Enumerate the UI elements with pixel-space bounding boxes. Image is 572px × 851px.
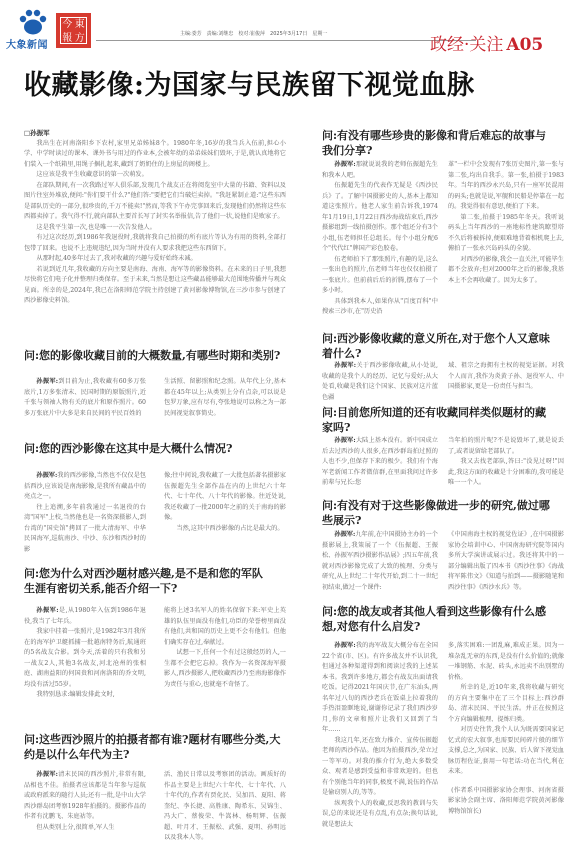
question-heading: 问:西沙影像收藏的意义所在,对于您个人又意味着什么? [322, 331, 552, 361]
answer-column-right: 多,落实困难:一团乱麻,难成正果。因为一堆杂乱无章的东西,是没有什么价值的;就像… [448, 641, 564, 817]
question-heading: 问:您的西沙影像在这其中是大概什么情况? [24, 441, 286, 456]
answer-column-left: 孙振军:清末民国的西沙照片,非常有限,品相也不佳。拍摄者应该都是当年参与巡航或政… [24, 770, 146, 833]
speaker-label: 孙振军: [334, 437, 355, 444]
paragraph: 孙振军:到目前为止,我收藏有60多万张底片,1万多张清末、民国时期的原版照片,近… [24, 377, 146, 419]
answer-column-left: 孙振军:我的西沙影像,当然也不仅仅是包括西沙,应该说是南海影像,是我所有藏品中的… [24, 471, 146, 555]
seal-char: 東 [74, 18, 87, 32]
paragraph: 孙振军:那就说说我的老师伍振超先生和我本人吧。 [322, 160, 438, 181]
paragraph: 具体到我本人,如果你从"百度百科"中搜索三沙市,在"历史沿 [322, 297, 438, 318]
paragraph: 从那时起,40多年过去了,我对收藏的兴趣与爱好始终未减。 [24, 254, 286, 265]
question-heading: 问:有没有对于这些影像做进一步的研究,做过哪些展示? [322, 498, 552, 528]
paragraph: 孙振军:我的海军战友大概分布在全国22个省(市、区)。有许多战友并不认识我,但通… [322, 641, 438, 736]
paragraph: 多,落实困难:一团乱麻,难成正果。因为一堆杂乱无章的东西,是没有什么价值的;就像… [448, 641, 564, 683]
paragraph: 对西沙的影像,我会一直关注,可能毕生都不会放弃;但对2000年之后的影像,我基本… [448, 255, 564, 287]
question-heading: 问:目前您所知道的还有收藏同样类似题材的藏家吗? [322, 405, 552, 435]
paragraph: 孙振军:关于西沙影像收藏,从小处说,收藏的是我个人的经历、记忆与爱好;从大处看,… [322, 361, 438, 403]
author-note: (作者系中国摄影家协会理事、河南省摄影家协会副主席、洛阳师范学院黄河影像博物馆馆… [448, 786, 564, 818]
paragraph: 《中国南海主权的视觉佐证》,在中国摄影家协会培训中心、中国南海研究院等国内多所大… [448, 530, 564, 593]
paragraph: 我又去找老部队,答曰:"没见过呀!"因此,我这方面的收藏是十分困难的,我可能是唯… [448, 457, 564, 489]
header-rule-divider [96, 40, 476, 41]
question-heading: 问:您的战友或者其他人看到这些影像有什么感想,对您有什么启发? [322, 604, 552, 634]
page-number: A05 [506, 35, 543, 55]
seal-char: 今 [61, 18, 74, 32]
answer-column-right: 革"一栏中会发现有7张历史图片,第一张与第二张,均出自我手。第一张,拍摄于198… [448, 160, 564, 286]
paragraph: 革"一栏中会发现有7张历史图片,第一张与第二张,均出自我手。第一张,拍摄于198… [448, 160, 564, 213]
byline: □孙振军 [24, 128, 286, 139]
paragraph: 有过这次经历,到1986年我退役时,我就将我自己拍摄的所有底片等认为有用的资料,… [24, 233, 286, 254]
paragraph: 孙振军:是,从1980年入伍到1986年退役,我当了七年兵。 [24, 606, 146, 627]
answer-text: 九年前,在中国摄协主办的一个摄影展上,我策展了一个《伍振超、王振松、孙振军西沙摄… [322, 531, 438, 591]
article-intro: □孙振军 我出生在河南洛阳乡下农村,家里兄弟姊妹8个。1980年冬,16岁的我当… [24, 128, 286, 307]
editor-and-date-meta: 主编:娄芳 责编:刘继忠 校对:崔俊萍 2025年3月17日 星期一 [180, 30, 327, 37]
paragraph: 往上追溯,多年前我通过一名退役的台湾"国军"上校,当然他也是一名资深摄影人,到台… [24, 503, 146, 556]
seal-char: 方 [74, 32, 87, 46]
paragraph: 孙振军:我的西沙影像,当然也不仅仅是包括西沙,应该说是南海影像,是我所有藏品中的… [24, 471, 146, 503]
brand-name: 大象新闻 [6, 36, 48, 51]
question-heading: 问:有没有哪些珍贵的影像和背后难忘的故事与我们分享? [322, 128, 552, 158]
speaker-label: 孙振军: [334, 362, 356, 369]
paragraph: 当然,这其中西沙影像的占比是最大的。 [164, 524, 286, 535]
paragraph: 我家中挂着一张照片,是1982年3月我所在的海军护卫艇抓捕一批越南特务后,航通班… [24, 627, 146, 690]
brand-paw-logo-icon [18, 8, 48, 36]
paragraph: 当年拍的照片呢?不是说毁坏了,就是说丢了,或者说留给老部队了。 [448, 436, 564, 457]
paragraph: 但从类别上分,很简单,军人生 [24, 823, 146, 834]
paragraph: 伍老师拍下了那张照片,有趣的是,这么一张出色的照片,伍老师当年也仅仅拍摄了一张底… [322, 255, 438, 297]
question-heading: 问:您的影像收藏目前的大概数量,有哪些时期和类别? [24, 348, 286, 363]
paragraph: 能将上述3名军人的姓名保留下来:军史上英雄的队伍里面没有他们,功臣的荣誉榜里面没… [164, 606, 286, 648]
paragraph: 在部队期间,有一次我路过军人俱乐部,发现几个战友正在将阅览室中大量的书籍、资料以… [24, 181, 286, 223]
answer-column-left: 孙振军:那就说说我的老师伍振超先生和我本人吧。 伍振超先生的代表作无疑是《西沙民… [322, 160, 438, 318]
answer-column-left: 孙振军:大陆上基本没有。新中国成立后去过西沙的人很多,在西沙群岛拍过照的人也不少… [322, 436, 438, 489]
paragraph: 域、祖宗之海拥有主权的视觉证据。对我个人而言,我作为炎黄子孙、退役军人、中国摄影… [448, 361, 564, 393]
paragraph: 我特别恳求:编辑发排此文时, [24, 690, 146, 701]
speaker-label: 孙振军: [334, 642, 355, 649]
answer-column-right: 像;往中间说,我收藏了一大批包括著名摄影家伍振超先生全部作品在内的上世纪六十年代… [164, 471, 286, 534]
paragraph: 伍振超先生的代表作无疑是《西沙民兵》了。了解中国摄影史的人,基本上都知道这张照片… [322, 181, 438, 255]
paragraph: 像;往中间说,我收藏了一大批包括著名摄影家伍振超先生全部作品在内的上世纪六十年代… [164, 471, 286, 524]
answer-column-left: 孙振军:关于西沙影像收藏,从小处说,收藏的是我个人的经历、记忆与爱好;从大处看,… [322, 361, 438, 403]
paragraph: 我出生在河南洛阳乡下农村,家里兄弟姊妹8个。1980年冬,16岁的我当兵入伍前,… [24, 139, 286, 171]
paragraph: 孙振军:大陆上基本没有。新中国成立后去过西沙的人很多,在西沙群岛拍过照的人也不少… [322, 436, 438, 489]
paragraph: 孙振军:九年前,在中国摄协主办的一个摄影展上,我策展了一个《伍振超、王振松、孙振… [322, 530, 438, 593]
speaker-label: 孙振军: [334, 531, 355, 538]
speaker-label: 孙振军: [334, 161, 355, 168]
speaker-label: 孙振军: [36, 771, 58, 778]
answer-column-left: 孙振军:是,从1980年入伍到1986年退役,我当了七年兵。 我家中挂着一张照片… [24, 606, 146, 701]
paragraph: 纵观我个人的收藏,反思我的教训与失误,总的来说还是有点乱,有点杂;换句话说,就是… [322, 799, 438, 831]
paragraph: 试想一下,任何一个有过这般经历的人,一生都不会把它忘掉。我作为一名资深海军摄影人… [164, 648, 286, 690]
seal-char: 報 [61, 32, 74, 46]
paragraph: 这应该是我平生收藏意识的第一次萌发。 [24, 170, 286, 181]
question-heading: 问:这些西沙照片的拍摄者都有谁?题材有哪些分类,大约是以什么年代为主? [24, 732, 286, 762]
speaker-label: 孙振军: [36, 607, 58, 614]
answer-column-right: 生活照、留影照和纪念照。从年代上分,基本都在45年以上;从类别上分有点杂,可以说… [164, 377, 286, 419]
paragraph: 活、渔民日常以及考察团的活动。画质好的作品主要是上世纪六十年代、七十年代、八十年… [164, 770, 286, 844]
answer-column-right: 《中国南海主权的视觉佐证》,在中国摄影家协会培训中心、中国南海研究院等国内多所大… [448, 530, 564, 593]
answer-text: 我的海军战友大概分布在全国22个省(市、区)。有许多战友并不认识我,但通过各种渠… [322, 642, 438, 733]
newspaper-seal-logo: 今 東 報 方 [56, 13, 91, 48]
paragraph: 孙振军:清末民国的西沙照片,非常有限,品相也不佳。拍摄者应该都是当年参与巡航或政… [24, 770, 146, 823]
answer-column-right: 活、渔民日常以及考察团的活动。画质好的作品主要是上世纪六十年代、七十年代、八十年… [164, 770, 286, 844]
answer-column-left: 孙振军:到目前为止,我收藏有60多万张底片,1万多张清末、民国时期的原版照片,近… [24, 377, 146, 419]
speaker-label: 孙振军: [36, 472, 57, 479]
paragraph: 对历史往昔,我个人认为既需要国家记忆式的宏大叙事,也需要民间碎片般的细节支撑,总… [448, 725, 564, 778]
paragraph: 生活照、留影照和纪念照。从年代上分,基本都在45年以上;从类别上分有点杂,可以说… [164, 377, 286, 419]
answer-text: 大陆上基本没有。新中国成立后去过西沙的人很多,在西沙群岛拍过照的人也不少,但保存… [322, 437, 438, 486]
paragraph: 这是我平生第一次,也是唯一一次告发他人。 [24, 223, 286, 234]
paragraph: 我这几年,还在致力推介、宣传伍振超老师的西沙作品。他因为拍摄西沙,荣立过一等军功… [322, 736, 438, 799]
answer-text: 清末民国的西沙照片,非常有限,品相也不佳。拍摄者应该都是当年参与巡航或政府派来的… [24, 771, 146, 820]
section-title: 政经·关注A05 [430, 30, 543, 55]
paragraph: 第二张,拍摄于1985年冬天。我听说码头上当年西沙的一座地标性建筑瞭望塔不久后将… [448, 213, 564, 255]
answer-column-left: 孙振军:我的海军战友大概分布在全国22个省(市、区)。有许多战友并不认识我,但通… [322, 641, 438, 830]
question-heading: 问:您为什么对西沙题材感兴趣,是不是和您的军队生涯有密切关系,能否介绍一下? [24, 566, 264, 596]
answer-column-left: 孙振军:九年前,在中国摄协主办的一个摄影展上,我策展了一个《伍振超、王振松、孙振… [322, 530, 438, 593]
answer-column-right: 能将上述3名军人的姓名保留下来:军史上英雄的队伍里面没有他们,功臣的荣誉榜里面没… [164, 606, 286, 690]
answer-column-right: 域、祖宗之海拥有主权的视觉证据。对我个人而言,我作为炎黄子孙、退役军人、中国摄影… [448, 361, 564, 393]
article-headline: 收藏影像:为国家与民族留下视觉血脉 [24, 63, 554, 102]
paragraph: 所幸的是,近10年来,我将收藏与研究的方向主要集中在了三个目标上:西沙群岛、清末… [448, 683, 564, 725]
answer-column-right: 当年拍的照片呢?不是说毁坏了,就是说丢了,或者说留给老部队了。 我又去找老部队,… [448, 436, 564, 489]
speaker-label: 孙振军: [36, 378, 58, 385]
section-name: 政经·关注 [430, 35, 503, 55]
paragraph: 若说到近几年,我收藏的方向主要是南海、海南、海军等的影像资料。在未来的日子里,我… [24, 265, 286, 307]
